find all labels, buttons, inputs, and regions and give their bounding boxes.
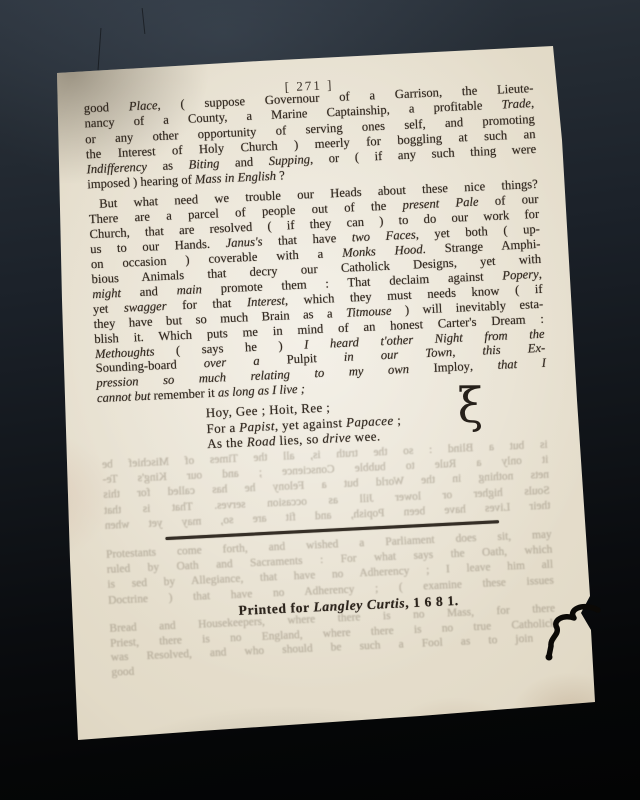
verse-brace-squiggle: ξ: [457, 381, 483, 430]
ink-squiggle-mark: [518, 596, 602, 672]
printed-page-content: [ 271 ] good Place, ( suppose Governour …: [0, 0, 640, 800]
show-through-text-upper: is but a Blind : so the truth is, all th…: [102, 438, 551, 534]
paragraph-2: But what need we trouble our Heads about…: [88, 177, 547, 407]
photograph-backdrop: [ 271 ] good Place, ( suppose Governour …: [0, 0, 640, 800]
paragraph-1: good Place, ( suppose Governour of a Gar…: [84, 81, 538, 193]
